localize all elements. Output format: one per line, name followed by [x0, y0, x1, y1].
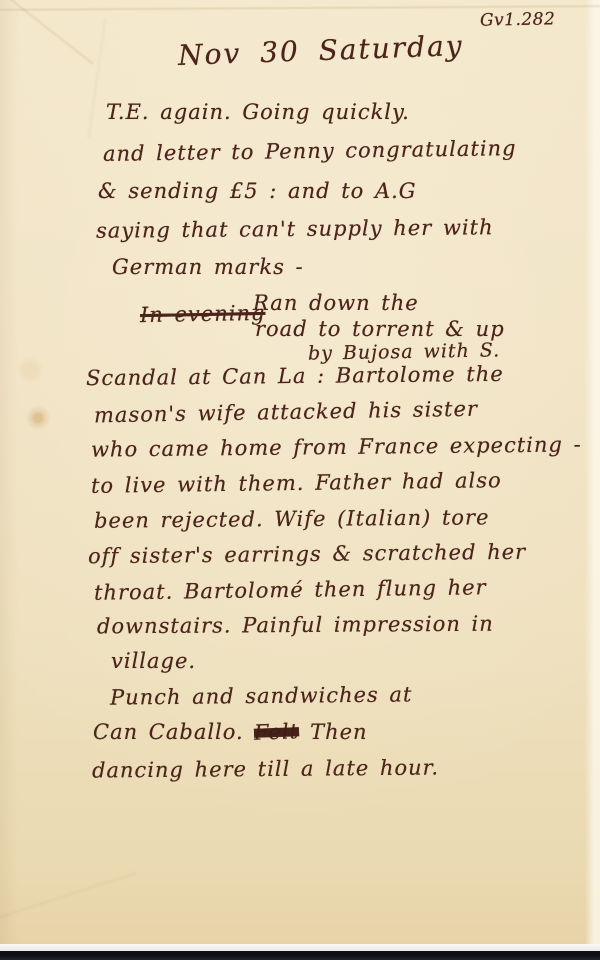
entry-date-heading: Nov 30 Saturday — [178, 29, 465, 72]
manuscript-line: and letter to Penny congratulating — [103, 136, 517, 166]
manuscript-line: Can Caballo. Felt Then — [93, 720, 368, 744]
manuscript-line: by Bujosa with S. — [308, 339, 501, 364]
manuscript-line: downstairs. Painful impression in — [97, 612, 494, 639]
archive-mark: Gv1.282 — [480, 9, 556, 30]
manuscript-line: to live with them. Father had also — [91, 468, 502, 498]
paper-crease — [0, 0, 94, 64]
manuscript-line: & sending £5 : and to A.G — [98, 179, 417, 203]
manuscript-line: village. — [111, 649, 196, 673]
manuscript-line: who came home from France expecting - — [91, 432, 582, 461]
manuscript-line: German marks - — [112, 255, 304, 279]
manuscript-line: saying that can't supply her with — [96, 215, 494, 242]
paper-crease — [88, 18, 106, 137]
manuscript-line: T.E. again. Going quickly. — [106, 100, 410, 124]
manuscript-line: dancing here till a late hour. — [92, 755, 439, 782]
manuscript-text: Can Caballo. — [93, 720, 254, 744]
manuscript-page: Gv1.282 Nov 30 Saturday T.E. again. Goin… — [0, 0, 600, 944]
scan-background — [0, 951, 600, 960]
manuscript-line: road to torrent & up — [255, 317, 505, 341]
manuscript-line: Punch and sandwiches at — [110, 682, 413, 709]
manuscript-text: Ran down the — [253, 291, 419, 315]
manuscript-text: Then — [299, 720, 367, 744]
scribbled-out-text: Felt — [254, 719, 300, 745]
struck-out-text: In evening — [140, 301, 266, 327]
manuscript-line: been rejected. Wife (Italian) tore — [94, 505, 490, 532]
paper-crease — [0, 872, 137, 920]
manuscript-line: throat. Bartolomé then flung her — [94, 575, 487, 604]
manuscript-line: off sister's earrings & scratched her — [88, 540, 526, 569]
manuscript-line: Scandal at Can La : Bartolome the — [86, 362, 504, 390]
paper-bottom-edge — [0, 944, 600, 951]
manuscript-line: mason's wife attacked his sister — [94, 397, 478, 428]
